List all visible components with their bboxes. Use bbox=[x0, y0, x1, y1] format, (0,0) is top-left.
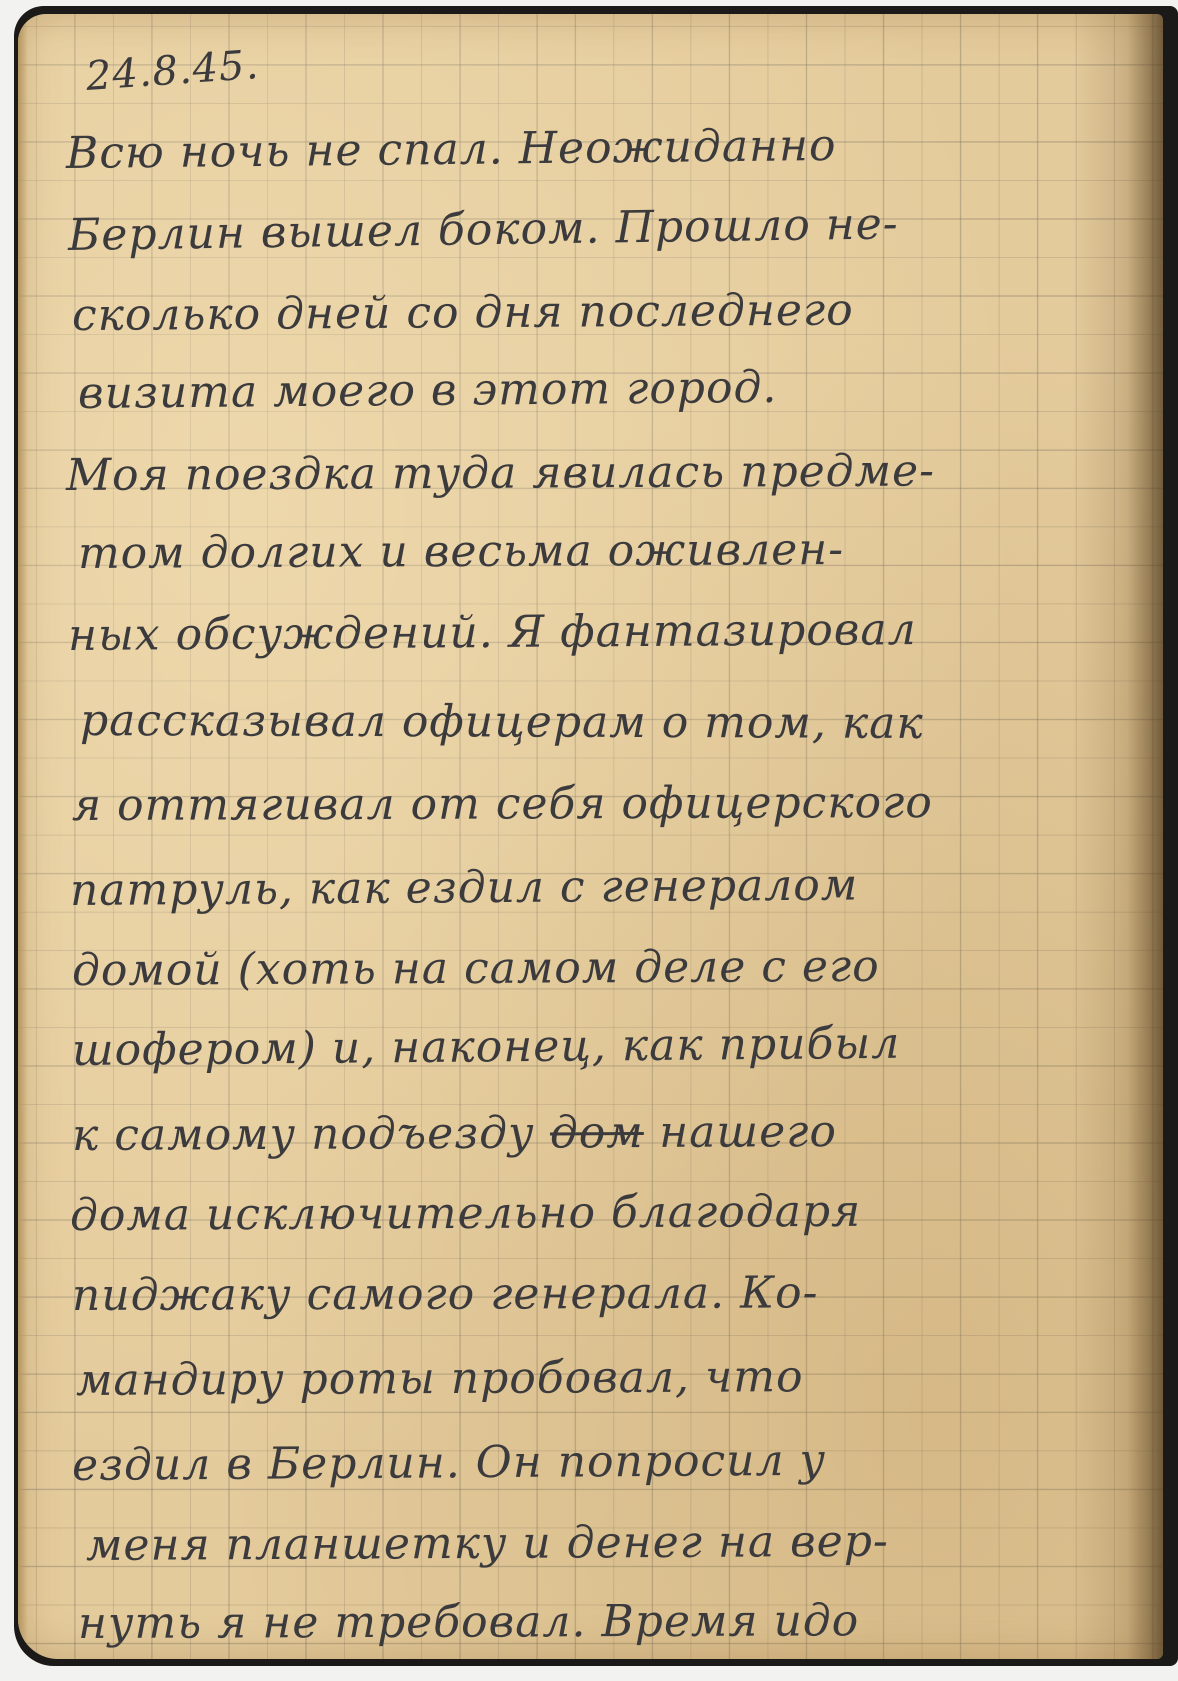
text-line-18: меня планшетку и денег на вер- bbox=[86, 1520, 889, 1568]
text-line-11: домой (хоть на самом деле с его bbox=[72, 945, 880, 993]
text-line-17: ездил в Берлин. Он попросил у bbox=[72, 1439, 826, 1488]
scan-background: 24.8.45. Всю ночь не спал. Неожиданно Бе… bbox=[0, 0, 1178, 1681]
text-line-8: рассказывал офицерам о том, как bbox=[80, 699, 924, 746]
notebook-page: 24.8.45. Всю ночь не спал. Неожиданно Бе… bbox=[18, 14, 1163, 1659]
page-left-edge bbox=[18, 14, 28, 1659]
text-line-2: Берлин вышел боком. Прошло не- bbox=[68, 202, 899, 258]
text-line-12: шофером) и, наконец, как прибыл bbox=[72, 1022, 901, 1073]
text-line-15: пиджаку самого генерала. Ко- bbox=[72, 1271, 819, 1318]
text-line-5: Моя поездка туда явилась предме- bbox=[66, 449, 935, 498]
text-line-13-start: к самому подъезду bbox=[72, 1108, 535, 1161]
spine-shadow bbox=[1127, 14, 1163, 1659]
text-line-6: том долгих и весьма оживлен- bbox=[78, 528, 844, 576]
text-line-1: Всю ночь не спал. Неожиданно bbox=[66, 124, 837, 176]
text-line-7: ных обсуждений. Я фантазировал bbox=[68, 608, 917, 658]
text-line-3: сколько дней со дня последнего bbox=[72, 289, 854, 338]
text-line-4: визита моего в этот город. bbox=[78, 366, 778, 416]
entry-date: 24.8.45. bbox=[84, 42, 260, 100]
text-line-13: к самому подъездудомнашего bbox=[72, 1110, 837, 1158]
text-line-16: мандиру роты пробовал, что bbox=[76, 1355, 804, 1403]
text-line-9: я оттягивал от себя офицерского bbox=[72, 781, 933, 828]
text-line-13-end: нашего bbox=[659, 1106, 837, 1158]
text-line-19: нуть я не требовал. Время идо bbox=[78, 1599, 859, 1646]
text-line-14: дома исключительно благодаря bbox=[70, 1190, 861, 1238]
text-line-10: патруль, как ездил с генералом bbox=[70, 863, 859, 913]
struck-out-word: дом bbox=[550, 1107, 644, 1158]
